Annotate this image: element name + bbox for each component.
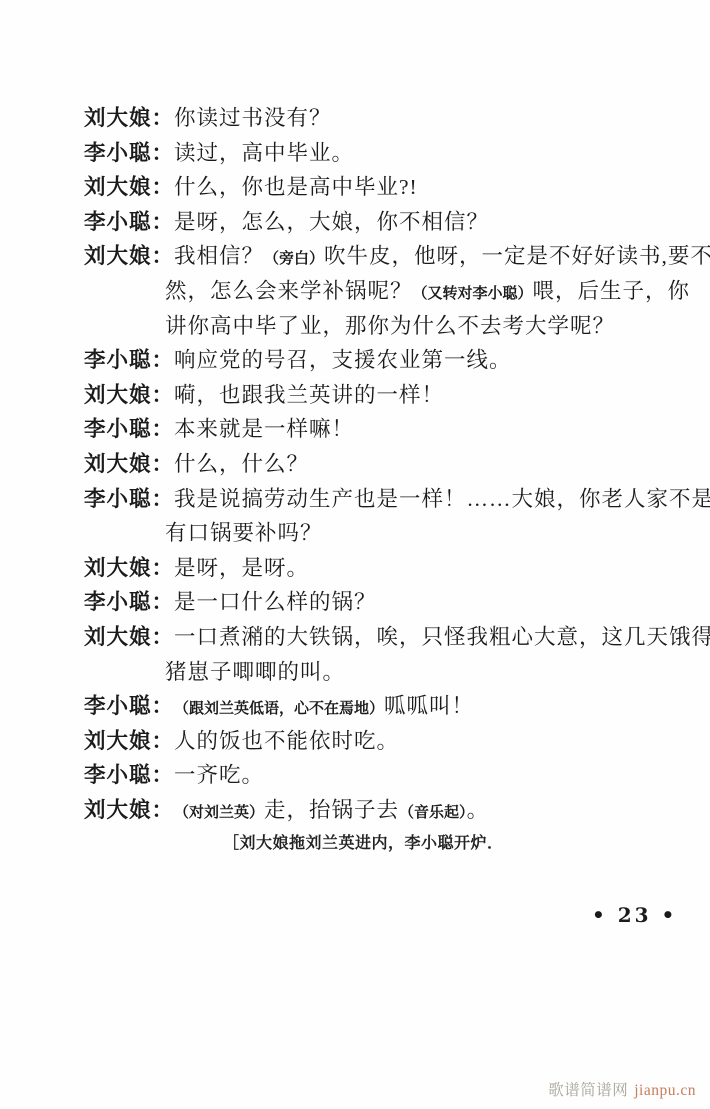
- speaker-label: 刘大娘：: [84, 170, 174, 205]
- speaker-label: 刘大娘：: [84, 378, 174, 413]
- dialogue-text: 嗬，也跟我兰英讲的一样！: [174, 378, 698, 413]
- dialogue-text: 一齐吃。: [174, 758, 698, 793]
- dialogue-text: 读过，高中毕业。: [174, 136, 698, 171]
- dialogue-segment: 一口煮潲的大铁锅，唉，只怪我粗心大意，这几天饿得: [174, 625, 710, 649]
- dialogue-segment: 喂，后生子，你: [533, 279, 691, 303]
- dialogue-line: 然，怎么会来学补锅呢？（又转对李小聪）喂，后生子，你: [84, 274, 698, 309]
- dialogue-line: 李小聪：读过，高中毕业。: [84, 136, 698, 171]
- dialogue-segment: 什么，你也是高中毕业?!: [174, 175, 418, 199]
- dialogue-line: 刘大娘：什么，什么？: [84, 447, 698, 482]
- speaker-label: 李小聪：: [84, 136, 174, 171]
- speaker-label: 李小聪：: [84, 758, 174, 793]
- dialogue-text: 猪崽子唧唧的叫。: [165, 655, 698, 690]
- speaker-label: 刘大娘：: [84, 551, 174, 586]
- dialogue-text: 响应党的号召，支援农业第一线。: [174, 343, 698, 378]
- dialogue-segment: 猪崽子唧唧的叫。: [165, 660, 345, 684]
- inline-stage-direction: （音乐起）: [399, 805, 467, 821]
- speaker-label: 刘大娘：: [84, 239, 174, 274]
- dialogue-segment: 走，抬锅子去: [264, 798, 399, 822]
- dialogue-line: 李小聪：响应党的号召，支援农业第一线。: [84, 343, 698, 378]
- inline-stage-direction: （跟刘兰英低语，心不在焉地）: [174, 701, 384, 717]
- watermark: 歌谱简谱网jianpu.cn: [548, 1078, 696, 1100]
- dialogue-segment: 响应党的号召，支援农业第一线。: [174, 348, 512, 372]
- dialogue-line: 李小聪：一齐吃。: [84, 758, 698, 793]
- dialogue-line: 讲你高中毕了业，那你为什么不去考大学呢？: [84, 309, 698, 344]
- dialogue-segment: 吹牛皮，他呀，一定是不好好读书,要不: [324, 244, 710, 268]
- page-number: • 23 •: [592, 903, 677, 927]
- dialogue-text: （对刘兰英）走，抬锅子去（音乐起）。: [174, 793, 698, 831]
- dialogue-text: 是一口什么样的锅？: [174, 585, 698, 620]
- dialogue-text: 有口锅要补吗？: [165, 516, 698, 551]
- dialogue-line: 刘大娘：（对刘兰英）走，抬锅子去（音乐起）。: [84, 793, 698, 828]
- dialogue-line: 刘大娘：嗬，也跟我兰英讲的一样！: [84, 378, 698, 413]
- inline-stage-direction: （旁白）: [264, 251, 324, 267]
- dialogue-segment: 我是说搞劳动生产也是一样！……大娘，你老人家不是: [174, 487, 710, 511]
- dialogue-segment: 是呀，怎么，大娘，你不相信？: [174, 210, 489, 234]
- dialogue-line: 刘大娘：你读过书没有？: [84, 101, 698, 136]
- dialogue-text: 我是说搞劳动生产也是一样！……大娘，你老人家不是: [174, 482, 710, 517]
- speaker-label: 李小聪：: [84, 689, 174, 724]
- speaker-label: 刘大娘：: [84, 101, 174, 136]
- dialogue-segment: 。: [467, 798, 490, 822]
- speaker-label: 李小聪：: [84, 205, 174, 240]
- dialogue-segment: 有口锅要补吗？: [165, 521, 323, 545]
- dialogue-line: 李小聪：是一口什么样的锅？: [84, 585, 698, 620]
- stage-direction-line: ［刘大娘拖刘兰英进内，李小聪开炉．: [84, 827, 698, 862]
- inline-stage-direction: （又转对李小聪）: [413, 286, 533, 302]
- dialogue-line: 刘大娘：什么，你也是高中毕业?!: [84, 170, 698, 205]
- dialogue-line: 有口锅要补吗？: [84, 516, 698, 551]
- speaker-label: 李小聪：: [84, 343, 174, 378]
- dialogue-block: 刘大娘：你读过书没有？李小聪：读过，高中毕业。刘大娘：什么，你也是高中毕业?!李…: [84, 101, 698, 862]
- dialogue-segment: 读过，高中毕业。: [174, 141, 354, 165]
- dialogue-line: 刘大娘：人的饭也不能依时吃。: [84, 724, 698, 759]
- dialogue-segment: 呱呱叫！: [384, 694, 474, 718]
- dialogue-segment: 然，怎么会来学补锅呢？: [165, 279, 413, 303]
- speaker-label: 刘大娘：: [84, 447, 174, 482]
- speaker-label: 李小聪：: [84, 585, 174, 620]
- dialogue-text: 我相信？（旁白）吹牛皮，他呀，一定是不好好读书,要不: [174, 239, 710, 277]
- dialogue-text: 一口煮潲的大铁锅，唉，只怪我粗心大意，这几天饿得: [174, 620, 710, 655]
- dialogue-segment: 本来就是一样嘛！: [174, 417, 354, 441]
- dialogue-text: 本来就是一样嘛！: [174, 412, 698, 447]
- dialogue-segment: 你读过书没有？: [174, 106, 332, 130]
- dialogue-line: 李小聪：本来就是一样嘛！: [84, 412, 698, 447]
- dialogue-text: 人的饭也不能依时吃。: [174, 724, 698, 759]
- speaker-label: 刘大娘：: [84, 620, 174, 655]
- dialogue-text: 什么，你也是高中毕业?!: [174, 170, 698, 205]
- dialogue-line: 猪崽子唧唧的叫。: [84, 655, 698, 690]
- speaker-label: 李小聪：: [84, 482, 174, 517]
- dialogue-segment: 什么，什么？: [174, 452, 309, 476]
- dialogue-text: 是呀，怎么，大娘，你不相信？: [174, 205, 698, 240]
- dialogue-line: 李小聪：（跟刘兰英低语，心不在焉地）呱呱叫！: [84, 689, 698, 724]
- dialogue-line: 刘大娘：我相信？（旁白）吹牛皮，他呀，一定是不好好读书,要不: [84, 239, 698, 274]
- dialogue-line: 李小聪：我是说搞劳动生产也是一样！……大娘，你老人家不是: [84, 482, 698, 517]
- dialogue-text: （跟刘兰英低语，心不在焉地）呱呱叫！: [174, 689, 698, 727]
- inline-stage-direction: （对刘兰英）: [174, 805, 264, 821]
- dialogue-segment: ［刘大娘拖刘兰英进内，李小聪开炉．: [223, 835, 504, 852]
- stage-direction-text: ［刘大娘拖刘兰英进内，李小聪开炉．: [223, 827, 698, 862]
- dialogue-text: 然，怎么会来学补锅呢？（又转对李小聪）喂，后生子，你: [165, 274, 698, 312]
- speaker-label: 刘大娘：: [84, 724, 174, 759]
- dialogue-segment: 人的饭也不能依时吃。: [174, 729, 399, 753]
- dialogue-line: 李小聪：是呀，怎么，大娘，你不相信？: [84, 205, 698, 240]
- dialogue-segment: 是一口什么样的锅？: [174, 590, 377, 614]
- dialogue-segment: 我相信？: [174, 244, 264, 268]
- dialogue-text: 讲你高中毕了业，那你为什么不去考大学呢？: [165, 309, 698, 344]
- dialogue-segment: 是呀，是呀。: [174, 556, 309, 580]
- dialogue-text: 你读过书没有？: [174, 101, 698, 136]
- scanned-page: 刘大娘：你读过书没有？李小聪：读过，高中毕业。刘大娘：什么，你也是高中毕业?!李…: [0, 0, 710, 1109]
- watermark-site-url: jianpu.cn: [634, 1082, 696, 1099]
- speaker-label: 李小聪：: [84, 412, 174, 447]
- watermark-site-name: 歌谱简谱网: [548, 1082, 628, 1099]
- dialogue-line: 刘大娘：一口煮潲的大铁锅，唉，只怪我粗心大意，这几天饿得: [84, 620, 698, 655]
- dialogue-text: 是呀，是呀。: [174, 551, 698, 586]
- dialogue-text: 什么，什么？: [174, 447, 698, 482]
- dialogue-segment: 一齐吃。: [174, 763, 264, 787]
- dialogue-line: 刘大娘：是呀，是呀。: [84, 551, 698, 586]
- speaker-label: 刘大娘：: [84, 793, 174, 828]
- dialogue-segment: 嗬，也跟我兰英讲的一样！: [174, 383, 444, 407]
- dialogue-segment: 讲你高中毕了业，那你为什么不去考大学呢？: [165, 314, 615, 338]
